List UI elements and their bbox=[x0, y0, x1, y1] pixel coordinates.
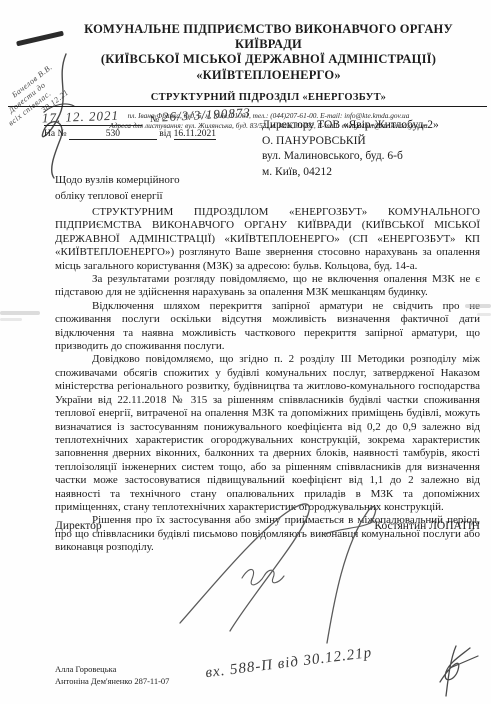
org-name-line3: «КИЇВТЕПЛОЕНЕРГО» bbox=[52, 68, 485, 83]
number-sign-label: № bbox=[150, 115, 159, 125]
recipient-street: вул. Малиновського, буд. 6-б bbox=[262, 149, 439, 165]
body-paragraph: СТРУКТУРНИМ ПІДРОЗДІЛОМ «ЕНЕРГОЗБУТ» КОМ… bbox=[55, 206, 480, 273]
reply-reference-row: На № 530 від 16.11.2021 bbox=[44, 129, 216, 140]
subject-block: Щодо вузлів комерційного обліку теплової… bbox=[55, 172, 180, 204]
executor-2: Антоніна Дем'яненко 287-11-07 bbox=[55, 675, 169, 687]
scan-streak bbox=[477, 313, 491, 316]
org-name-line2: (КИЇВСЬКОЇ МІСЬКОЇ ДЕРЖАВНОЇ АДМІНІСТРАЦ… bbox=[52, 52, 485, 67]
signer-name: Костянтин ЛОПАТІН bbox=[374, 520, 480, 532]
body-paragraph: За результатами розгляду повідомляємо, щ… bbox=[55, 273, 480, 300]
signer-position: Директор bbox=[55, 520, 102, 532]
scan-streak bbox=[465, 304, 491, 308]
director-signature bbox=[172, 483, 382, 648]
reply-date: 16.11.2021 bbox=[174, 129, 216, 140]
reply-label: На № bbox=[44, 129, 67, 139]
recipient-block: Директору ТОВ «Явір-Житлобуд-2» О. ПАНУР… bbox=[262, 118, 439, 180]
recipient-name: О. ПАНУРОВСЬКІЙ bbox=[262, 134, 439, 150]
receiver-signature bbox=[412, 638, 482, 698]
scan-streak bbox=[0, 311, 40, 315]
body-paragraph: Відключення шляхом перекриття запірної а… bbox=[55, 300, 480, 354]
reply-from-label: від bbox=[159, 129, 171, 139]
scan-streak bbox=[0, 318, 22, 321]
subject-line1: Щодо вузлів комерційного bbox=[55, 172, 180, 188]
subject-line2: обліку теплової енергії bbox=[55, 188, 180, 204]
recipient-city: м. Київ, 04212 bbox=[262, 165, 439, 181]
handwritten-incoming-stamp: вх. 588-П від 30.12.21р bbox=[205, 645, 374, 682]
handwritten-outgoing-date: 17. 12. 2021 bbox=[42, 108, 120, 127]
executors-block: Алла Горовецька Антоніна Дем'яненко 287-… bbox=[55, 663, 169, 687]
department-name: СТРУКТУРНИЙ ПІДРОЗДІЛ «ЕНЕРГОЗБУТ» bbox=[52, 92, 485, 103]
org-name-line1: КОМУНАЛЬНЕ ПІДПРИЄМСТВО ВИКОНАВЧОГО ОРГА… bbox=[52, 22, 485, 52]
reply-number: 530 bbox=[69, 129, 157, 140]
outgoing-date-underline bbox=[44, 125, 142, 126]
recipient-title: Директору ТОВ «Явір-Житлобуд-2» bbox=[262, 118, 439, 134]
executor-1: Алла Горовецька bbox=[55, 663, 169, 675]
scanned-letter-page: Бачелов В.В. Довести до всіх співвлас. 3… bbox=[0, 0, 491, 704]
